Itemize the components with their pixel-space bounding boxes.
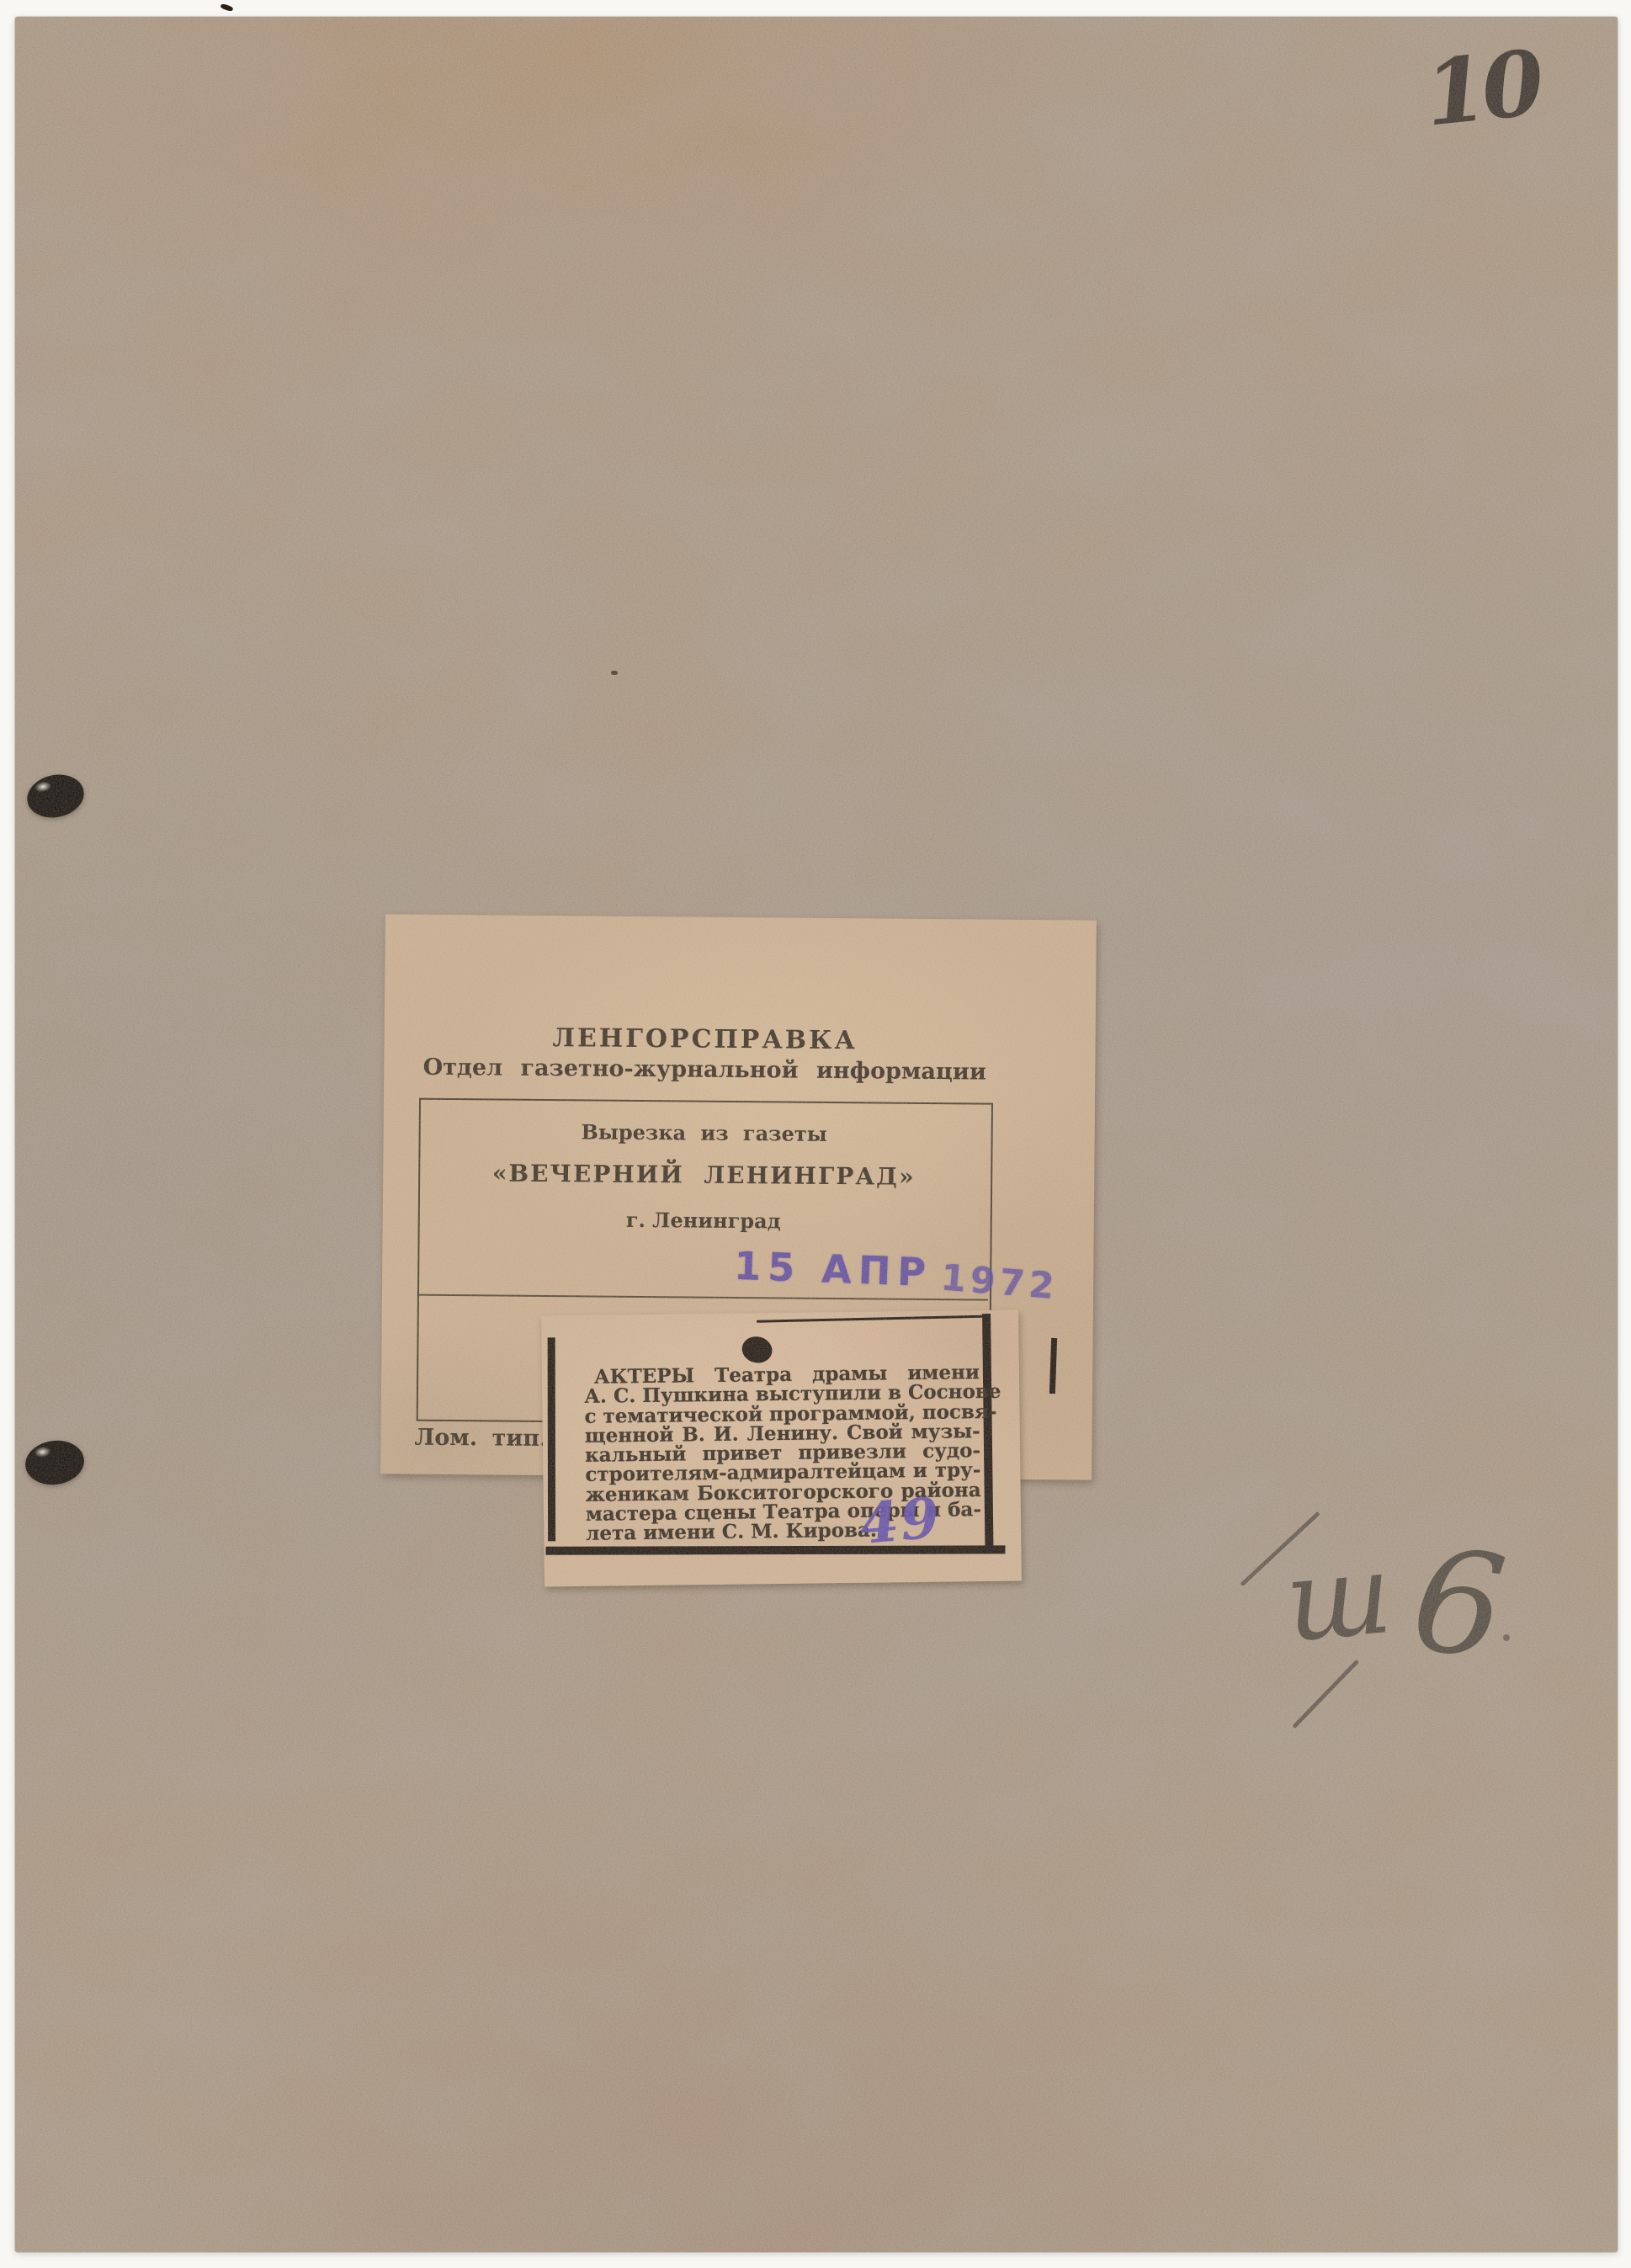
page-number-handwritten: 10	[1420, 29, 1544, 146]
newspaper-clipping: АКТЕРЫ Театра драмы имени А. С. Пушкина …	[541, 1310, 1022, 1587]
label-printer-mark: Лом. тип.	[414, 1425, 547, 1452]
stamp-day-month: 15 АПР	[733, 1243, 933, 1295]
label-department: Отдел газетно-журнальной информации	[419, 1054, 990, 1086]
clipping-rule-top	[757, 1315, 986, 1323]
label-newspaper-name: «ВЕЧЕРНИЙ ЛЕНИНГРАД»	[418, 1159, 989, 1192]
scanned-album-page: 10 ЛЕНГОРСПРАВКА Отдел газетно-журнально…	[0, 0, 1631, 2268]
paper-speck	[220, 3, 233, 12]
label-clipping-caption: Вырезка из газеты	[419, 1118, 990, 1148]
paper-speck	[611, 671, 618, 675]
clipping-rule-right	[982, 1314, 993, 1548]
clipping-rule-left	[548, 1337, 555, 1541]
pencil-mark-letter: ш	[1281, 1529, 1397, 1667]
clipping-number-handwritten: 49	[858, 1485, 943, 1557]
clipping-ink-dot	[739, 1334, 774, 1366]
label-organization: ЛЕНГОРСПРАВКА	[419, 1022, 990, 1057]
pencil-dot	[1503, 1634, 1510, 1641]
label-city-line: г. Ленинград	[418, 1206, 989, 1235]
